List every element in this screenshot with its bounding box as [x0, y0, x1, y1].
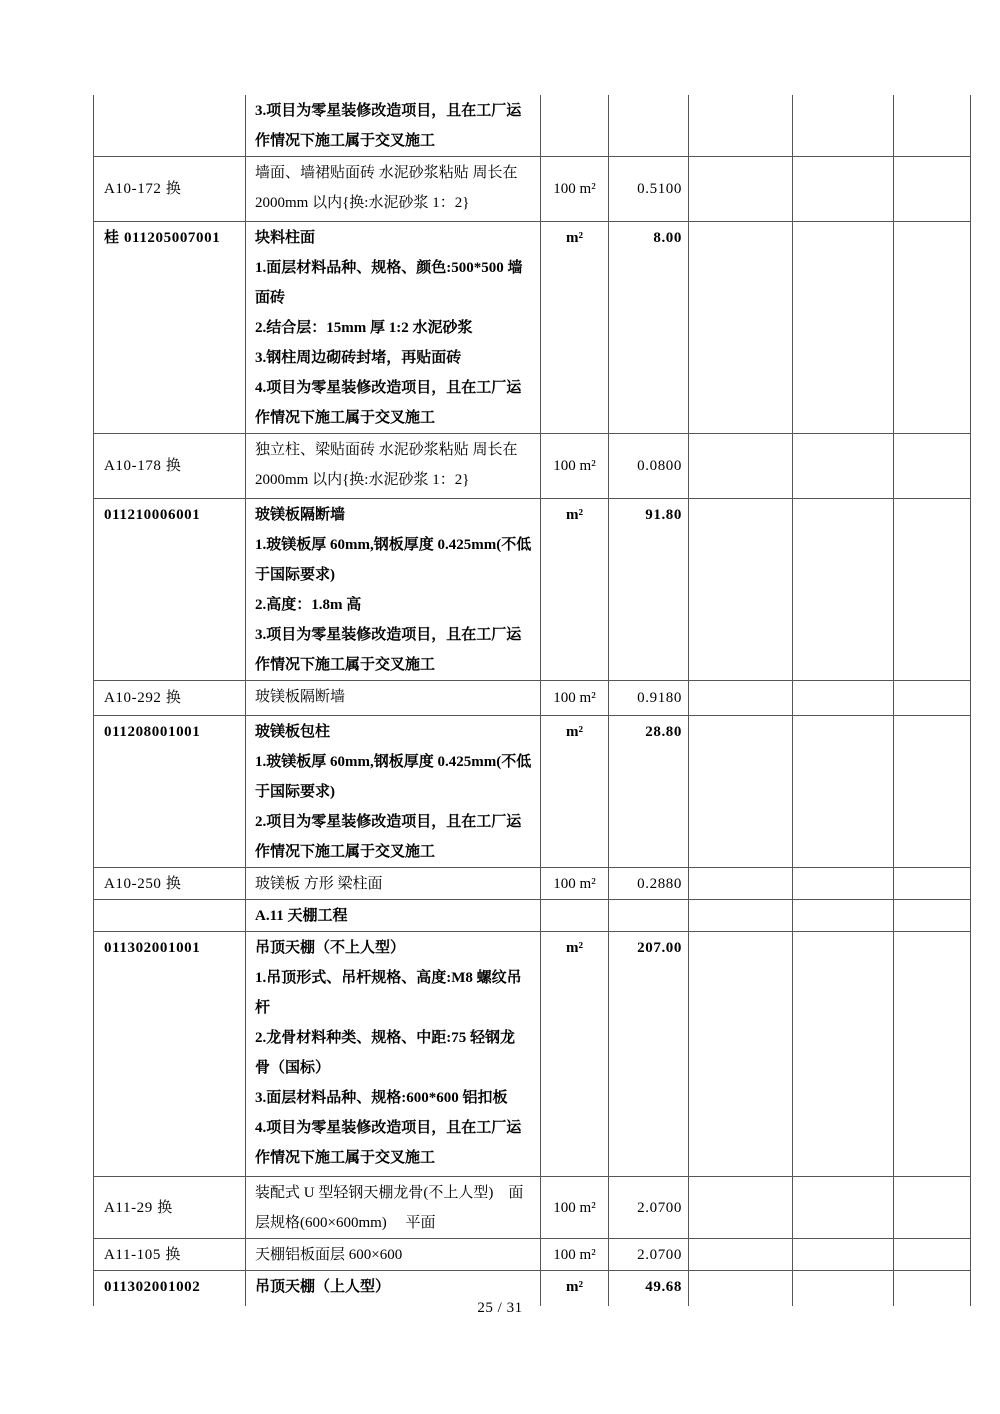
item-code-cell: A10-172 换 — [94, 157, 246, 222]
empty-cell — [689, 716, 793, 868]
item-desc-cell: 独立柱、梁贴面砖 水泥砂浆粘贴 周长在 2000mm 以内{换:水泥砂浆 1：2… — [246, 434, 541, 499]
empty-cell — [894, 222, 971, 434]
empty-cell — [894, 95, 971, 157]
item-desc-cell: 天棚铝板面层 600×600 — [246, 1239, 541, 1271]
unit-cell: m² — [541, 932, 609, 1177]
item-code-cell: A10-178 换 — [94, 434, 246, 499]
page-number: 25 / 31 — [0, 1300, 1000, 1317]
empty-cell — [894, 1177, 971, 1239]
empty-cell — [793, 681, 894, 716]
qty-cell: 207.00 — [609, 932, 689, 1177]
unit-cell: 100 m² — [541, 1177, 609, 1239]
unit-cell: 100 m² — [541, 681, 609, 716]
table-row: A10-178 换 独立柱、梁贴面砖 水泥砂浆粘贴 周长在 2000mm 以内{… — [94, 434, 971, 499]
unit-cell: 100 m² — [541, 434, 609, 499]
empty-cell — [689, 434, 793, 499]
empty-cell — [689, 1239, 793, 1271]
empty-cell — [894, 716, 971, 868]
qty-cell: 0.5100 — [609, 157, 689, 222]
qty-cell — [609, 95, 689, 157]
item-desc-cell: 块料柱面 1.面层材料品种、规格、颜色:500*500 墙 面砖 2.结合层：1… — [246, 222, 541, 434]
empty-cell — [894, 1239, 971, 1271]
unit-cell: m² — [541, 222, 609, 434]
item-code-cell: A11-105 换 — [94, 1239, 246, 1271]
item-code-cell: A11-29 换 — [94, 1177, 246, 1239]
qty-cell: 0.2880 — [609, 868, 689, 900]
empty-cell — [793, 932, 894, 1177]
empty-cell — [894, 681, 971, 716]
item-code-cell: 011208001001 — [94, 716, 246, 868]
empty-cell — [793, 868, 894, 900]
empty-cell — [894, 900, 971, 932]
table-row: A11-105 换 天棚铝板面层 600×600 100 m² 2.0700 — [94, 1239, 971, 1271]
qty-cell — [609, 900, 689, 932]
item-code-cell: 桂 011205007001 — [94, 222, 246, 434]
unit-cell: m² — [541, 499, 609, 681]
qty-cell: 0.9180 — [609, 681, 689, 716]
table-row: A10-250 换 玻镁板 方形 梁柱面 100 m² 0.2880 — [94, 868, 971, 900]
empty-cell — [894, 499, 971, 681]
item-code-cell — [94, 900, 246, 932]
table-row: 011208001001 玻镁板包柱 1.玻镁板厚 60mm,钢板厚度 0.42… — [94, 716, 971, 868]
qty-cell: 28.80 — [609, 716, 689, 868]
empty-cell — [689, 1177, 793, 1239]
empty-cell — [689, 681, 793, 716]
bill-of-quantities-table: 3.项目为零星装修改造项目，且在工厂运 作情况下施工属于交叉施工 A10-172… — [93, 95, 971, 1306]
qty-cell: 2.0700 — [609, 1239, 689, 1271]
empty-cell — [689, 900, 793, 932]
item-desc-cell: 吊顶天棚（不上人型） 1.吊顶形式、吊杆规格、高度:M8 螺纹吊 杆 2.龙骨材… — [246, 932, 541, 1177]
empty-cell — [793, 900, 894, 932]
empty-cell — [689, 157, 793, 222]
empty-cell — [689, 499, 793, 681]
item-code-cell: 011302001001 — [94, 932, 246, 1177]
empty-cell — [793, 716, 894, 868]
item-desc-cell: 玻镁板隔断墙 — [246, 681, 541, 716]
empty-cell — [689, 868, 793, 900]
empty-cell — [894, 868, 971, 900]
empty-cell — [793, 499, 894, 681]
empty-cell — [793, 157, 894, 222]
item-desc-cell: 玻镁板包柱 1.玻镁板厚 60mm,钢板厚度 0.425mm(不低 于国际要求)… — [246, 716, 541, 868]
item-desc-cell: 墙面、墙裙贴面砖 水泥砂浆粘贴 周长在 2000mm 以内{换:水泥砂浆 1：2… — [246, 157, 541, 222]
item-code-cell: 011210006001 — [94, 499, 246, 681]
unit-cell: 100 m² — [541, 157, 609, 222]
empty-cell — [793, 1177, 894, 1239]
table-row: A10-292 换 玻镁板隔断墙 100 m² 0.9180 — [94, 681, 971, 716]
qty-cell: 0.0800 — [609, 434, 689, 499]
qty-cell: 2.0700 — [609, 1177, 689, 1239]
unit-cell: m² — [541, 716, 609, 868]
empty-cell — [793, 1239, 894, 1271]
item-desc-cell: 玻镁板 方形 梁柱面 — [246, 868, 541, 900]
empty-cell — [894, 434, 971, 499]
table-row: 011302001001 吊顶天棚（不上人型） 1.吊顶形式、吊杆规格、高度:M… — [94, 932, 971, 1177]
table-row: 011210006001 玻镁板隔断墙 1.玻镁板厚 60mm,钢板厚度 0.4… — [94, 499, 971, 681]
item-desc-cell: 装配式 U 型轻钢天棚龙骨(不上人型) 面 层规格(600×600mm) 平面 — [246, 1177, 541, 1239]
empty-cell — [793, 434, 894, 499]
empty-cell — [689, 95, 793, 157]
table-row: 3.项目为零星装修改造项目，且在工厂运 作情况下施工属于交叉施工 — [94, 95, 971, 157]
qty-cell: 8.00 — [609, 222, 689, 434]
empty-cell — [689, 222, 793, 434]
empty-cell — [689, 932, 793, 1177]
item-code-cell: A10-292 换 — [94, 681, 246, 716]
table-row: A10-172 换 墙面、墙裙贴面砖 水泥砂浆粘贴 周长在 2000mm 以内{… — [94, 157, 971, 222]
empty-cell — [894, 932, 971, 1177]
unit-cell — [541, 95, 609, 157]
section-title-cell: A.11 天棚工程 — [246, 900, 541, 932]
empty-cell — [894, 157, 971, 222]
unit-cell: 100 m² — [541, 1239, 609, 1271]
table-row: A11-29 换 装配式 U 型轻钢天棚龙骨(不上人型) 面 层规格(600×6… — [94, 1177, 971, 1239]
section-row: A.11 天棚工程 — [94, 900, 971, 932]
item-code-cell — [94, 95, 246, 157]
item-code-cell: A10-250 换 — [94, 868, 246, 900]
unit-cell — [541, 900, 609, 932]
empty-cell — [793, 222, 894, 434]
qty-cell: 91.80 — [609, 499, 689, 681]
item-desc-cell: 3.项目为零星装修改造项目，且在工厂运 作情况下施工属于交叉施工 — [246, 95, 541, 157]
empty-cell — [793, 95, 894, 157]
unit-cell: 100 m² — [541, 868, 609, 900]
item-desc-cell: 玻镁板隔断墙 1.玻镁板厚 60mm,钢板厚度 0.425mm(不低 于国际要求… — [246, 499, 541, 681]
table-row: 桂 011205007001 块料柱面 1.面层材料品种、规格、颜色:500*5… — [94, 222, 971, 434]
